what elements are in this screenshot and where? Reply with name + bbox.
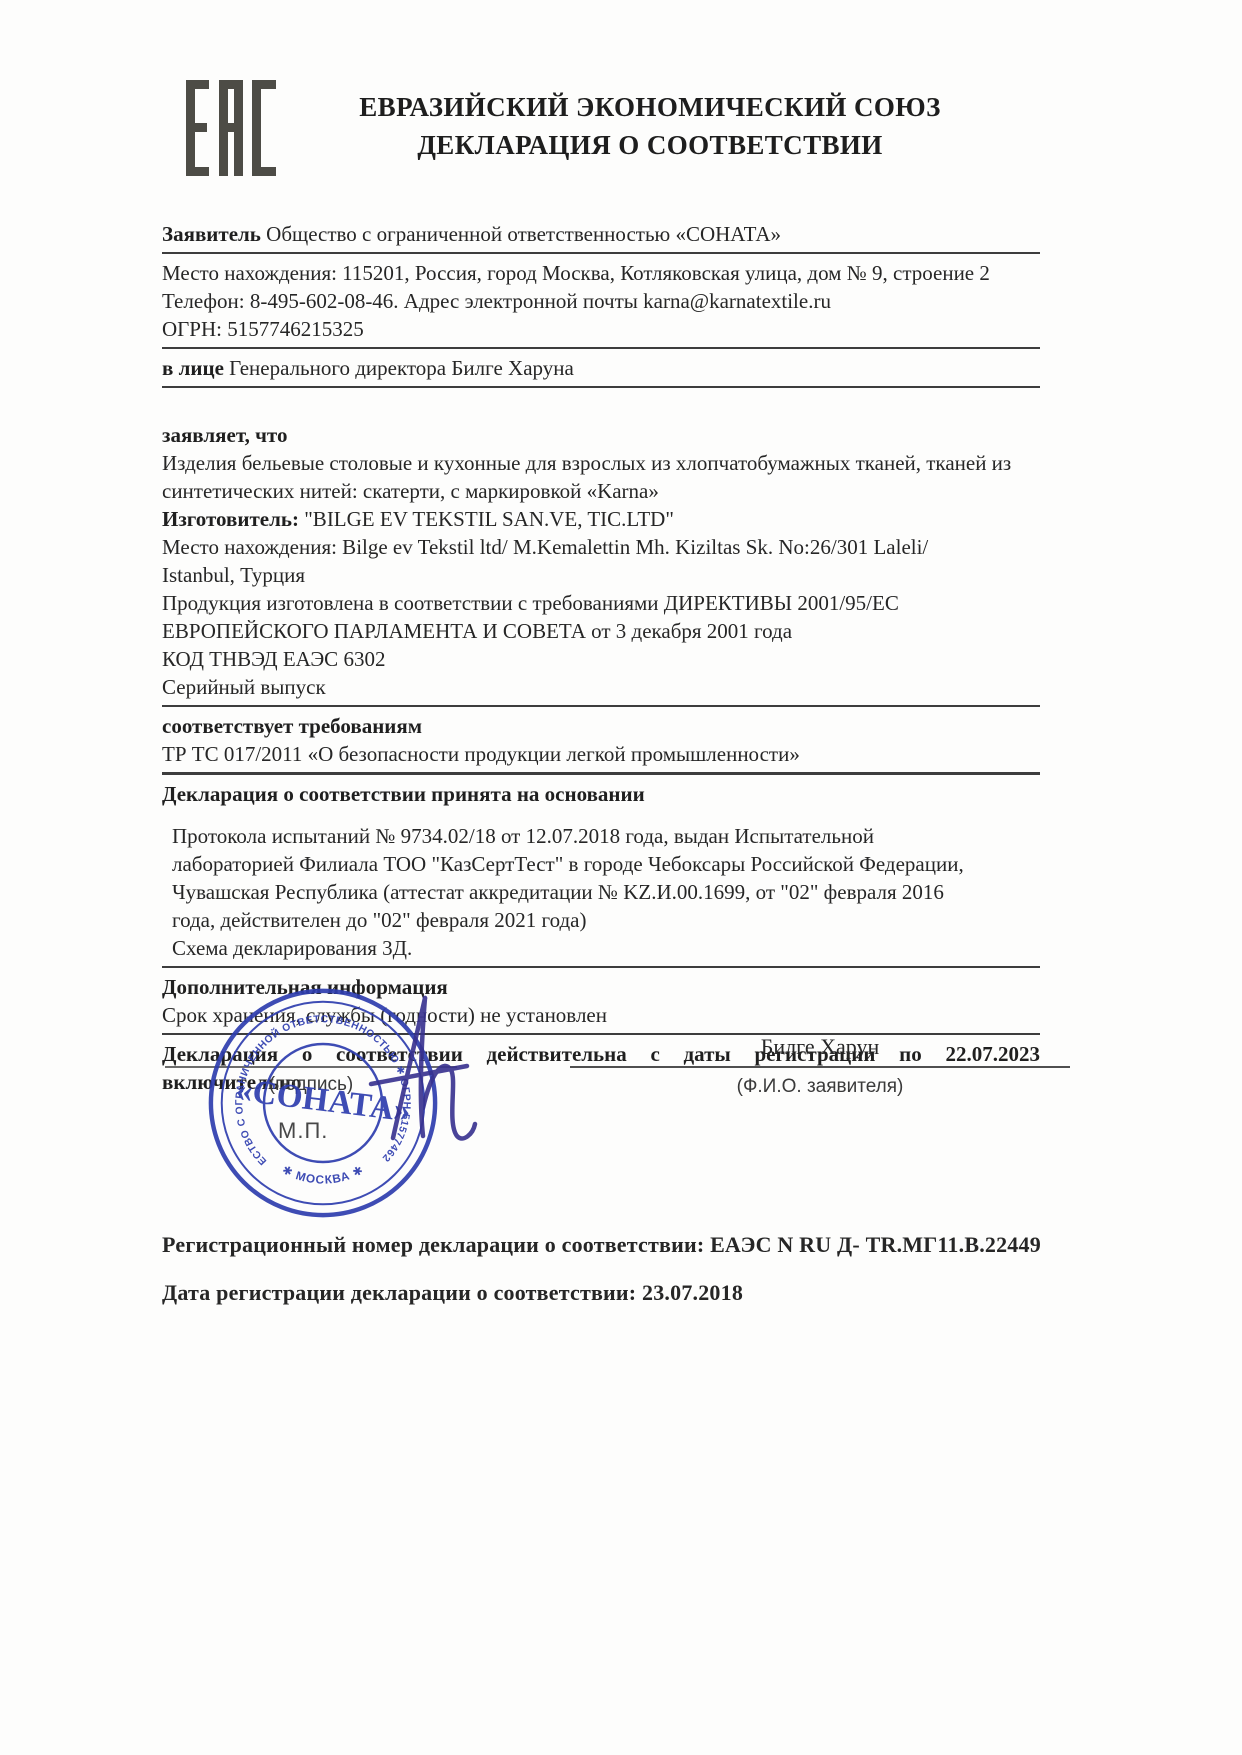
representative-value: Генерального директора Билге Харуна <box>229 356 574 380</box>
compliance-header: соответствует требованиям <box>162 712 1040 740</box>
directive-statement: Продукция изготовлена в соответствии с т… <box>162 589 1040 645</box>
declares-label: заявляет, что <box>162 423 287 447</box>
document-title: ЕВРАЗИЙСКИЙ ЭКОНОМИЧЕСКИЙ СОЮЗ ДЕКЛАРАЦИ… <box>280 88 1020 164</box>
applicant-label: Заявитель <box>162 222 261 246</box>
document-body: Заявитель Общество с ограниченной ответс… <box>162 220 1040 1096</box>
applicant-address: Место нахождения: 115201, Россия, город … <box>162 259 1040 287</box>
declaration-scheme: Схема декларирования 3Д. <box>162 934 1040 962</box>
applicant-line: Заявитель Общество с ограниченной ответс… <box>162 220 1040 248</box>
registration-number-value: ЕАЭС N RU Д- TR.МГ11.В.22449 <box>710 1232 1041 1257</box>
stamp-city-text: ✱ МОСКВА ✱ <box>280 1162 366 1186</box>
applicant-value: Общество с ограниченной ответственностью… <box>266 222 781 246</box>
basis-header: Декларация о соответствии принята на осн… <box>162 780 1040 808</box>
manufacturer-address: Место нахождения: Bilge ev Tekstil ltd/ … <box>162 533 1040 589</box>
registration-number-label: Регистрационный номер декларации о соотв… <box>162 1232 704 1257</box>
compliance-regulation: ТР ТС 017/2011 «О безопасности продукции… <box>162 740 1040 768</box>
tnved-code: КОД ТНВЭД ЕАЭС 6302 <box>162 645 1040 673</box>
product-declaration: заявляет, что Изделия бельевые столовые … <box>162 393 1040 505</box>
applicant-name: Билге Харун <box>570 1034 1070 1060</box>
divider <box>162 347 1040 349</box>
name-line <box>570 1066 1070 1068</box>
eac-logo-icon <box>186 80 276 176</box>
applicant-ogrn: ОГРН: 5157746215325 <box>162 315 1040 343</box>
representative-line: в лице Генерального директора Билге Хару… <box>162 354 1040 382</box>
spacer <box>162 808 1040 822</box>
test-protocol: Протокола испытаний № 9734.02/18 от 12.0… <box>162 822 1040 934</box>
svg-text:✱ МОСКВА ✱: ✱ МОСКВА ✱ <box>280 1162 366 1186</box>
name-caption: (Ф.И.О. заявителя) <box>570 1076 1070 1098</box>
divider <box>162 772 1040 775</box>
representative-label: в лице <box>162 356 224 380</box>
divider <box>162 966 1040 968</box>
serial-release: Серийный выпуск <box>162 673 1040 701</box>
divider <box>162 252 1040 254</box>
declaration-document: ЕВРАЗИЙСКИЙ ЭКОНОМИЧЕСКИЙ СОЮЗ ДЕКЛАРАЦИ… <box>0 0 1242 1755</box>
registration-date-line: Дата регистрации декларации о соответств… <box>162 1280 743 1306</box>
manufacturer-name: "BILGE EV TEKSTIL SAN.VE, TIC.LTD" <box>304 507 674 531</box>
manufacturer-line: Изготовитель: "BILGE EV TEKSTIL SAN.VE, … <box>162 505 1040 533</box>
product-description: Изделия бельевые столовые и кухонные для… <box>162 451 1011 503</box>
applicant-phone-email: Телефон: 8-495-602-08-46. Адрес электрон… <box>162 287 1040 315</box>
registration-number-line: Регистрационный номер декларации о соотв… <box>162 1232 1041 1258</box>
title-line-declaration: ДЕКЛАРАЦИЯ О СООТВЕТСТВИИ <box>280 126 1020 164</box>
handwritten-signature <box>345 988 485 1143</box>
registration-date-value: 23.07.2018 <box>642 1280 743 1305</box>
divider <box>162 705 1040 707</box>
manufacturer-label: Изготовитель: <box>162 507 299 531</box>
title-line-union: ЕВРАЗИЙСКИЙ ЭКОНОМИЧЕСКИЙ СОЮЗ <box>280 88 1020 126</box>
registration-date-label: Дата регистрации декларации о соответств… <box>162 1280 636 1305</box>
divider <box>162 386 1040 388</box>
